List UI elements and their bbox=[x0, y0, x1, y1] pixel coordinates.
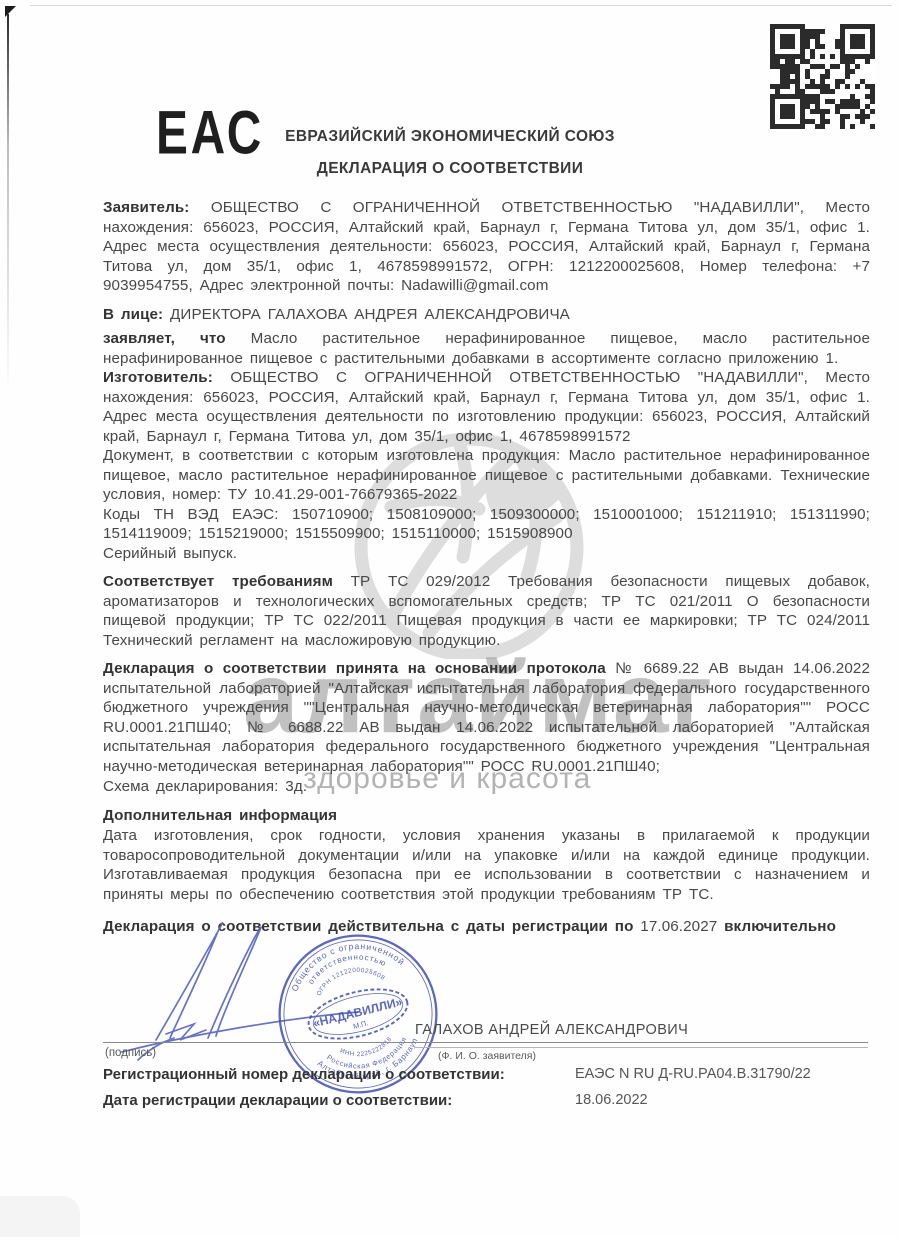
in-person-paragraph: В лице: ДИРЕКТОРА ГАЛАХОВА АНДРЕЯ АЛЕКСА… bbox=[103, 305, 870, 325]
applicant-name: ГАЛАХОВ АНДРЕЙ АЛЕКСАНДРОВИЧ bbox=[415, 1022, 688, 1038]
complies-label: Соответствует требованиям bbox=[103, 573, 333, 590]
name-caption: (Ф. И. О. заявителя) bbox=[438, 1050, 536, 1062]
registration-number-label: Регистрационный номер декларации о соотв… bbox=[103, 1066, 575, 1083]
basis-paragraph: Декларация о соответствии принята на осн… bbox=[103, 659, 870, 776]
qr-code bbox=[770, 24, 875, 129]
basis-text: № 6689.22 АВ выдан 14.06.2022 испытатель… bbox=[103, 660, 870, 775]
in-person-label: В лице: bbox=[103, 306, 163, 323]
scheme-line: Схема декларирования: 3д. bbox=[103, 777, 870, 797]
additional-info-paragraph: Дата изготовления, срок годности, услови… bbox=[103, 826, 870, 904]
scan-edge-top bbox=[30, 5, 892, 6]
union-title: ЕВРАЗИЙСКИЙ ЭКОНОМИЧЕСКИЙ СОЮЗ bbox=[0, 128, 900, 146]
scan-shadow-artifact bbox=[0, 1196, 80, 1237]
in-person-text: ДИРЕКТОРА ГАЛАХОВА АНДРЕЯ АЛЕКСАНДРОВИЧА bbox=[170, 306, 570, 323]
declares-label: заявляет, что bbox=[103, 330, 226, 347]
registration-number-value: ЕАЭС N RU Д-RU.РА04.В.31790/22 bbox=[575, 1066, 811, 1083]
applicant-text: ОБЩЕСТВО С ОГРАНИЧЕННОЙ ОТВЕТСТВЕННОСТЬЮ… bbox=[103, 199, 870, 294]
scan-edge-left bbox=[7, 14, 9, 394]
name-underline bbox=[415, 1047, 868, 1048]
additional-label: Дополнительная информация bbox=[103, 807, 337, 824]
validity-date: 17.06.2027 bbox=[640, 918, 717, 935]
tnved-codes-text: Коды ТН ВЭД ЕАЭС: 150710900; 1508109000;… bbox=[103, 506, 870, 543]
compliance-paragraph: Соответствует требованиям ТР ТС 029/2012… bbox=[103, 572, 870, 650]
product-document-text: Документ, в соответствии с которым изгот… bbox=[103, 447, 870, 503]
additional-text: Дата изготовления, срок годности, услови… bbox=[103, 827, 870, 903]
applicant-label: Заявитель: bbox=[103, 199, 189, 216]
declaration-document-page: алтаймаг здоровье и красота ЕАС ЕВРАЗИЙС… bbox=[0, 0, 900, 1237]
basis-label: Декларация о соответствии принята на осн… bbox=[103, 660, 606, 677]
registration-date-value: 18.06.2022 bbox=[575, 1092, 648, 1109]
registration-number-row: Регистрационный номер декларации о соотв… bbox=[103, 1066, 870, 1083]
serial-release-text: Серийный выпуск. bbox=[103, 545, 237, 562]
applicant-paragraph: Заявитель: ОБЩЕСТВО С ОГРАНИЧЕННОЙ ОТВЕТ… bbox=[103, 198, 870, 296]
manufacturer-label: Изготовитель: bbox=[103, 369, 213, 386]
validity-suffix: включительно bbox=[724, 918, 836, 935]
scheme-text: Схема декларирования: 3д. bbox=[103, 778, 307, 795]
document-body: Заявитель: ОБЩЕСТВО С ОГРАНИЧЕННОЙ ОТВЕТ… bbox=[103, 198, 870, 946]
signature-line bbox=[103, 1042, 868, 1043]
signature-caption: (подпись) bbox=[105, 1047, 156, 1059]
document-title: ДЕКЛАРАЦИЯ О СООТВЕТСТВИИ bbox=[0, 160, 900, 178]
additional-info-heading: Дополнительная информация bbox=[103, 806, 870, 826]
manufacturer-text: ОБЩЕСТВО С ОГРАНИЧЕННОЙ ОТВЕТСТВЕННОСТЬЮ… bbox=[103, 369, 870, 445]
registration-date-row: Дата регистрации декларации о соответств… bbox=[103, 1092, 870, 1109]
product-paragraph: заявляет, что Масло растительное нерафин… bbox=[103, 329, 870, 563]
registration-date-label: Дата регистрации декларации о соответств… bbox=[103, 1092, 575, 1109]
